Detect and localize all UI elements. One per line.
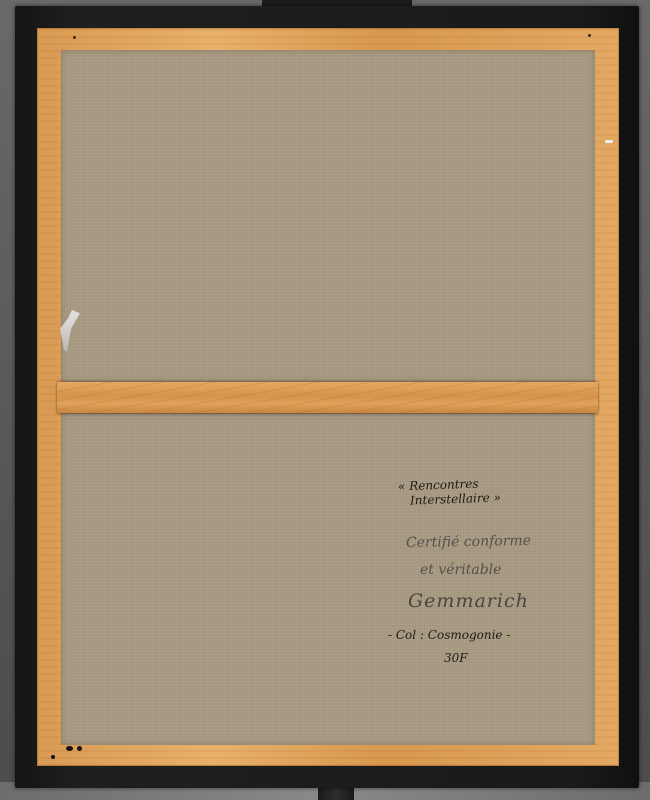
paint-spot (51, 755, 55, 759)
nail-mark (73, 36, 76, 39)
certification-line2: et véritable (420, 562, 501, 578)
canvas-back-lower-panel (61, 413, 595, 745)
canvas-back-upper-panel (61, 50, 595, 382)
certification-line1: Certifié conforme (406, 533, 531, 551)
stretcher-crossbar (57, 382, 598, 413)
canvas-format: 30F (444, 651, 468, 665)
paint-chip (605, 140, 613, 143)
paint-spot (66, 746, 73, 751)
nail-mark (588, 34, 591, 37)
paint-spot (77, 746, 82, 751)
collection-label: - Col : Cosmogonie - (388, 628, 510, 642)
artist-signature: Gemmarich (408, 590, 529, 612)
